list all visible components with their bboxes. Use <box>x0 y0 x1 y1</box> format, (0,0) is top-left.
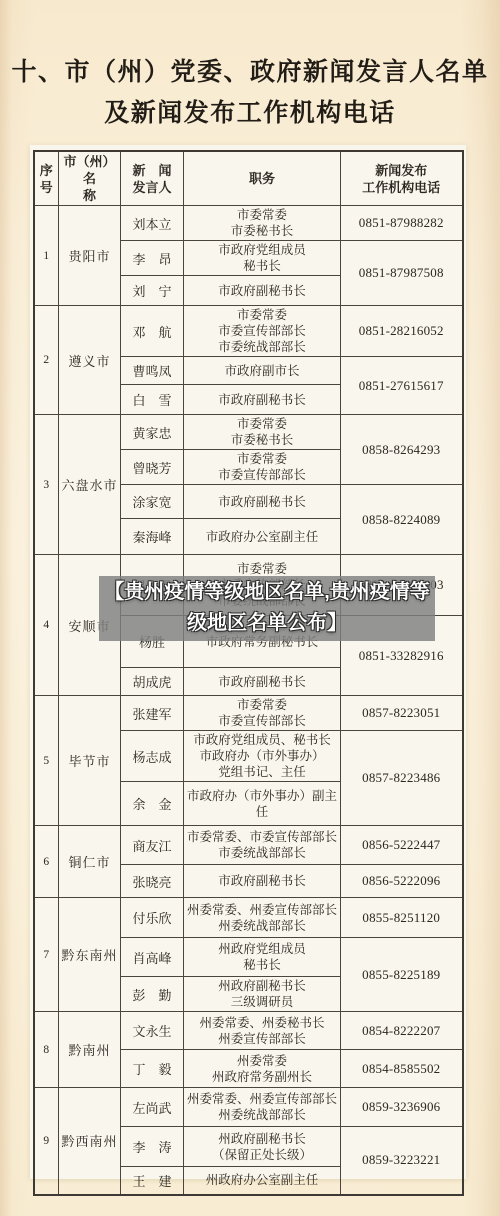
phone-cell: 0857-8223486 <box>341 731 463 826</box>
table-row: 6 铜仁市 商友江 市委常委、市委宣传部部长 市委统战部部长 0856-5222… <box>34 826 463 865</box>
city-cell: 铜仁市 <box>59 826 121 898</box>
speaker-name-cell: 张晓亮 <box>121 865 184 898</box>
serial-cell: 7 <box>34 898 59 1012</box>
speaker-name-cell: 白 雪 <box>121 385 184 415</box>
city-cell: 贵阳市 <box>59 206 121 306</box>
table-row: 9 黔西南州 左尚武 州委常委、州委宣传部部长 州委统战部部长 0859-323… <box>34 1088 463 1127</box>
phone-cell: 0851-27615617 <box>341 357 463 415</box>
speaker-name-cell: 曾晓芳 <box>121 450 184 485</box>
speaker-name-cell: 杨志成 <box>121 731 184 782</box>
table-row: 2 遵义市 邓 航 市委常委 市委宣传部部长 市委统战部部长 0851-2821… <box>34 306 463 357</box>
speaker-name-cell: 彭 勤 <box>121 977 184 1012</box>
role-cell: 市政府党组成员、秘书长 市政府办（市外事办） 党组书记、主任 <box>184 731 341 782</box>
role-cell: 市政府副秘书长 <box>184 485 341 519</box>
phone-cell: 0859-3223221 <box>341 1127 463 1195</box>
phone-cell: 0856-5222096 <box>341 865 463 898</box>
phone-cell: 0856-5222447 <box>341 826 463 865</box>
role-cell: 州政府副秘书长 三级调研员 <box>184 977 341 1012</box>
header-serial: 序号 <box>34 151 59 206</box>
table-row: 3 六盘水市 黄家忠 市委常委 市委秘书长 0858-8264293 <box>34 415 463 450</box>
scanned-document-page: { "page": { "title_line1": "十、市（州）党委、政府新… <box>0 0 500 1216</box>
role-cell: 市委常委 市委宣传部部长 <box>184 696 341 731</box>
serial-cell: 9 <box>34 1088 59 1195</box>
serial-cell: 6 <box>34 826 59 898</box>
watermark-line2: 级地区名单公布】 <box>99 608 435 639</box>
header-city: 市（州）名 称 <box>59 151 121 206</box>
phone-cell: 0854-8222207 <box>341 1012 463 1050</box>
speaker-name-cell: 商友江 <box>121 826 184 865</box>
speaker-name-cell: 丁 毅 <box>121 1050 184 1088</box>
role-cell: 州委常委、州委宣传部部长 州委统战部部长 <box>184 1088 341 1127</box>
role-cell: 州政府副秘书长 （保留正处长级） <box>184 1127 341 1167</box>
speaker-name-cell: 邓 航 <box>121 306 184 357</box>
table-header-row: 序号 市（州）名 称 新 闻 发言人 职务 新闻发布 工作机构电话 <box>34 151 463 206</box>
role-cell: 市政府副秘书长 <box>184 385 341 415</box>
phone-cell: 0855-8225189 <box>341 938 463 1012</box>
header-phone: 新闻发布 工作机构电话 <box>341 151 463 206</box>
phone-cell: 0858-8264293 <box>341 415 463 485</box>
role-cell: 市政府副秘书长 <box>184 668 341 696</box>
city-cell: 黔西南州 <box>59 1088 121 1195</box>
phone-cell: 0851-87988282 <box>341 206 463 241</box>
speaker-name-cell: 付乐欣 <box>121 898 184 938</box>
role-cell: 市政府副秘书长 <box>184 865 341 898</box>
role-cell: 市委常委、市委宣传部部长 市委统战部部长 <box>184 826 341 865</box>
table-row: 8 黔南州 文永生 州委常委、州委秘书长 州委宣传部部长 0854-822220… <box>34 1012 463 1050</box>
speaker-name-cell: 李 涛 <box>121 1127 184 1167</box>
role-cell: 市政府办（市外事办）副主任 <box>184 782 341 826</box>
serial-cell: 4 <box>34 555 59 696</box>
serial-cell: 1 <box>34 206 59 306</box>
table-sheet: 序号 市（州）名 称 新 闻 发言人 职务 新闻发布 工作机构电话 1 贵阳市 … <box>30 145 466 1179</box>
role-cell: 市委常委 市委宣传部部长 市委统战部部长 <box>184 306 341 357</box>
watermark-line1: 【贵州疫情等级地区名单,贵州疫情等 <box>99 577 435 608</box>
speaker-name-cell: 涂家宽 <box>121 485 184 519</box>
table-row: 7 黔东南州 付乐欣 州委常委、州委宣传部部长 州委统战部部长 0855-825… <box>34 898 463 938</box>
serial-cell: 8 <box>34 1012 59 1088</box>
page-title-line1: 十、市（州）党委、政府新闻发言人名单 <box>0 52 500 93</box>
role-cell: 市政府副市长 <box>184 357 341 385</box>
city-cell: 遵义市 <box>59 306 121 415</box>
serial-cell: 5 <box>34 696 59 826</box>
phone-cell: 0859-3236906 <box>341 1088 463 1127</box>
role-cell: 州委常委、州委宣传部部长 州委统战部部长 <box>184 898 341 938</box>
city-cell: 毕节市 <box>59 696 121 826</box>
speaker-name-cell: 肖高峰 <box>121 938 184 977</box>
watermark-banner: 【贵州疫情等级地区名单,贵州疫情等 级地区名单公布】 <box>99 576 435 641</box>
city-cell: 六盘水市 <box>59 415 121 555</box>
header-spokesperson: 新 闻 发言人 <box>121 151 184 206</box>
phone-cell: 0851-87987508 <box>341 241 463 306</box>
speaker-name-cell: 曹鸣凤 <box>121 357 184 385</box>
table-row: 5 毕节市 张建军 市委常委 市委宣传部部长 0857-8223051 <box>34 696 463 731</box>
role-cell: 市委常委 市委秘书长 <box>184 206 341 241</box>
role-cell: 州政府党组成员 秘书长 <box>184 938 341 977</box>
speaker-name-cell: 黄家忠 <box>121 415 184 450</box>
table-row: 1 贵阳市 刘本立 市委常委 市委秘书长 0851-87988282 <box>34 206 463 241</box>
role-cell: 州政府办公室副主任 <box>184 1167 341 1195</box>
serial-cell: 3 <box>34 415 59 555</box>
page-title: 十、市（州）党委、政府新闻发言人名单 及新闻发布工作机构电话 <box>0 52 500 134</box>
role-cell: 州委常委 州政府常务副州长 <box>184 1050 341 1088</box>
role-cell: 市委常委 市委宣传部部长 <box>184 450 341 485</box>
speaker-name-cell: 张建军 <box>121 696 184 731</box>
role-cell: 市委常委 市委秘书长 <box>184 415 341 450</box>
page-title-line2: 及新闻发布工作机构电话 <box>0 93 500 134</box>
city-cell: 黔东南州 <box>59 898 121 1012</box>
phone-cell: 0854-8585502 <box>341 1050 463 1088</box>
speaker-name-cell: 文永生 <box>121 1012 184 1050</box>
speaker-name-cell: 刘本立 <box>121 206 184 241</box>
role-cell: 市政府副秘书长 <box>184 276 341 306</box>
phone-cell: 0851-28216052 <box>341 306 463 357</box>
phone-cell: 0857-8223051 <box>341 696 463 731</box>
city-cell: 黔南州 <box>59 1012 121 1088</box>
speaker-name-cell: 左尚武 <box>121 1088 184 1127</box>
header-role: 职务 <box>184 151 341 206</box>
speaker-name-cell: 李 昂 <box>121 241 184 276</box>
speaker-name-cell: 秦海峰 <box>121 519 184 555</box>
phone-cell: 0858-8224089 <box>341 485 463 555</box>
speaker-name-cell: 胡成虎 <box>121 668 184 696</box>
speaker-name-cell: 王 建 <box>121 1167 184 1195</box>
serial-cell: 2 <box>34 306 59 415</box>
role-cell: 市政府办公室副主任 <box>184 519 341 555</box>
role-cell: 州委常委、州委秘书长 州委宣传部部长 <box>184 1012 341 1050</box>
speaker-name-cell: 刘 宁 <box>121 276 184 306</box>
spokesperson-table: 序号 市（州）名 称 新 闻 发言人 职务 新闻发布 工作机构电话 1 贵阳市 … <box>33 150 464 1196</box>
speaker-name-cell: 余 金 <box>121 782 184 826</box>
role-cell: 市政府党组成员 秘书长 <box>184 241 341 276</box>
phone-cell: 0855-8251120 <box>341 898 463 938</box>
